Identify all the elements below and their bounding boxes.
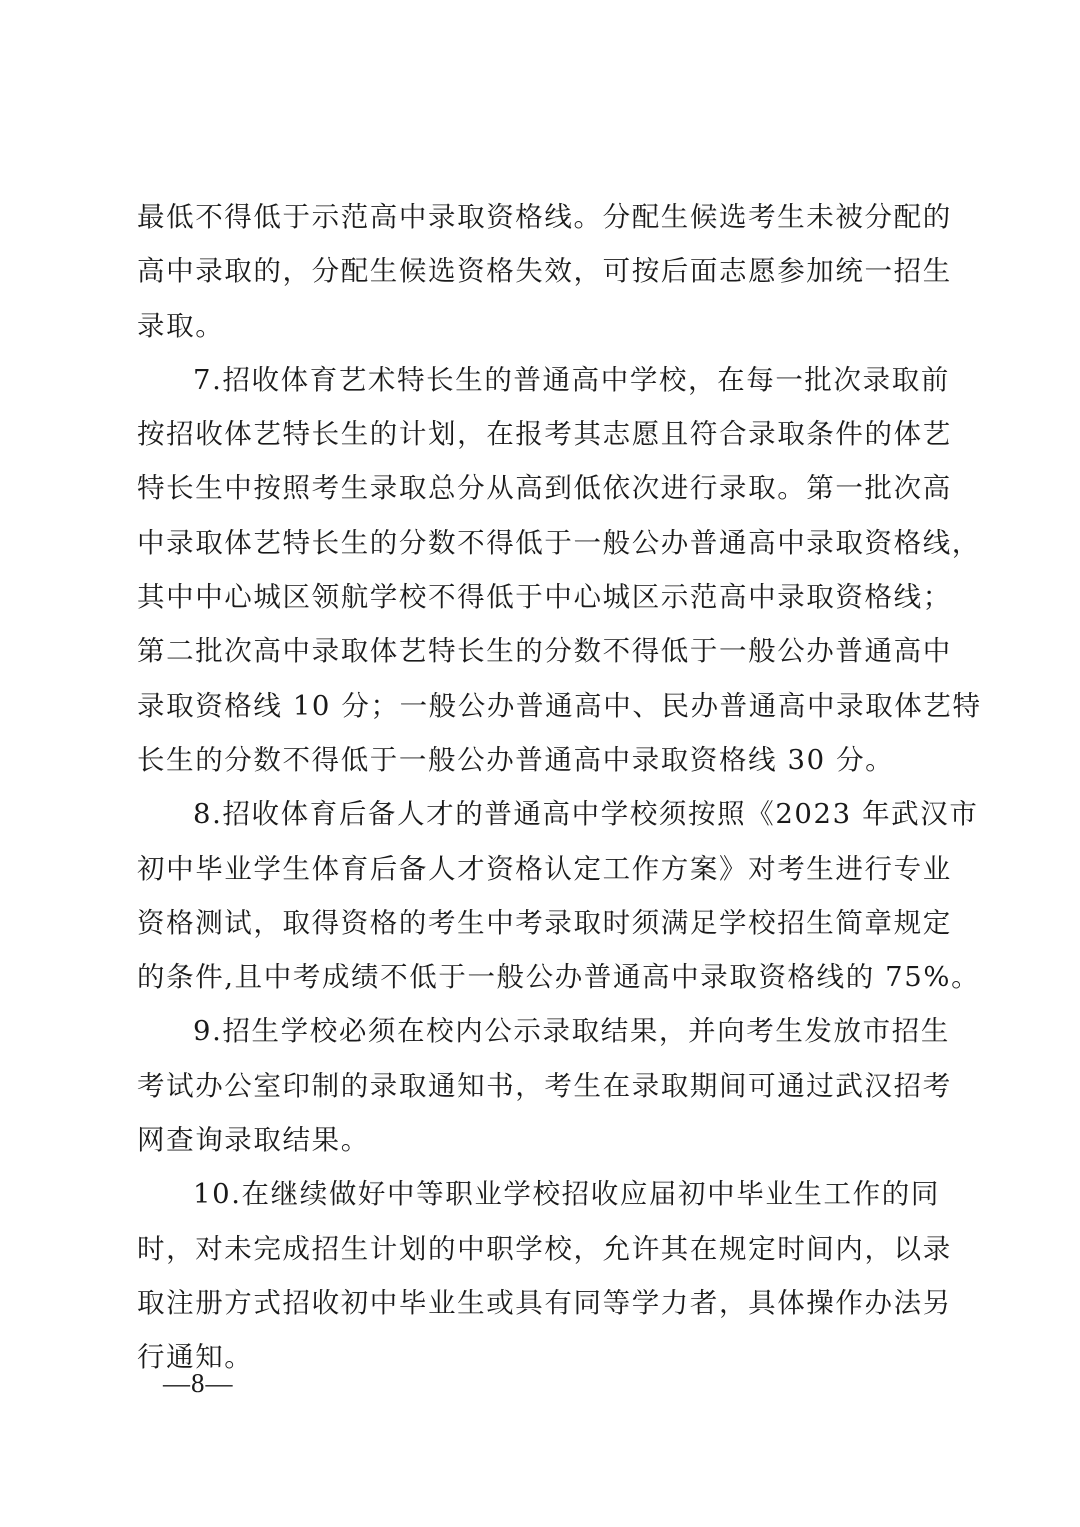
text-line: 录取。	[137, 299, 927, 353]
text-line: 资格测试，取得资格的考生中考录取时须满足学校招生简章规定	[137, 896, 927, 950]
paragraph-item-9: 9.招生学校必须在校内公示录取结果，并向考生发放市招生 考试办公室印制的录取通知…	[137, 1004, 927, 1167]
text-line: 初中毕业学生体育后备人才资格认定工作方案》对考生进行专业	[137, 842, 927, 896]
text-line: 第二批次高中录取体艺特长生的分数不得低于一般公办普通高中	[137, 624, 927, 678]
text-line: 行通知。	[137, 1330, 927, 1384]
text-line: 8.招收体育后备人才的普通高中学校须按照《2023 年武汉市	[137, 787, 927, 841]
paragraph-item-8: 8.招收体育后备人才的普通高中学校须按照《2023 年武汉市 初中毕业学生体育后…	[137, 787, 927, 1004]
text-line: 考试办公室印制的录取通知书，考生在录取期间可通过武汉招考	[137, 1059, 927, 1113]
text-line: 特长生中按照考生录取总分从高到低依次进行录取。第一批次高	[137, 461, 927, 515]
text-line: 高中录取的，分配生候选资格失效，可按后面志愿参加统一招生	[137, 244, 927, 298]
document-body: 最低不得低于示范高中录取资格线。分配生候选考生未被分配的 高中录取的，分配生候选…	[137, 190, 927, 1385]
text-line: 10.在继续做好中等职业学校招收应届初中毕业生工作的同	[137, 1167, 927, 1221]
document-page: 最低不得低于示范高中录取资格线。分配生候选考生未被分配的 高中录取的，分配生候选…	[0, 0, 1080, 1527]
text-line: 中录取体艺特长生的分数不得低于一般公办普通高中录取资格线，	[137, 516, 927, 570]
text-line: 其中中心城区领航学校不得低于中心城区示范高中录取资格线；	[137, 570, 927, 624]
text-line: 取注册方式招收初中毕业生或具有同等学力者，具体操作办法另	[137, 1276, 927, 1330]
text-line: 长生的分数不得低于一般公办普通高中录取资格线 30 分。	[137, 733, 927, 787]
text-line: 9.招生学校必须在校内公示录取结果，并向考生发放市招生	[137, 1004, 927, 1058]
text-line: 的条件,且中考成绩不低于一般公办普通高中录取资格线的 75%。	[137, 950, 927, 1004]
text-line: 7.招收体育艺术特长生的普通高中学校，在每一批次录取前	[137, 353, 927, 407]
text-line: 录取资格线 10 分；一般公办普通高中、民办普通高中录取体艺特	[137, 679, 927, 733]
paragraph-item-10: 10.在继续做好中等职业学校招收应届初中毕业生工作的同 时，对未完成招生计划的中…	[137, 1167, 927, 1384]
text-line: 网查询录取结果。	[137, 1113, 927, 1167]
text-line: 时，对未完成招生计划的中职学校，允许其在规定时间内，以录	[137, 1222, 927, 1276]
text-line: 最低不得低于示范高中录取资格线。分配生候选考生未被分配的	[137, 190, 927, 244]
page-number: —8—	[163, 1368, 234, 1399]
paragraph-continued: 最低不得低于示范高中录取资格线。分配生候选考生未被分配的 高中录取的，分配生候选…	[137, 190, 927, 353]
paragraph-item-7: 7.招收体育艺术特长生的普通高中学校，在每一批次录取前 按招收体艺特长生的计划，…	[137, 353, 927, 787]
text-line: 按招收体艺特长生的计划，在报考其志愿且符合录取条件的体艺	[137, 407, 927, 461]
